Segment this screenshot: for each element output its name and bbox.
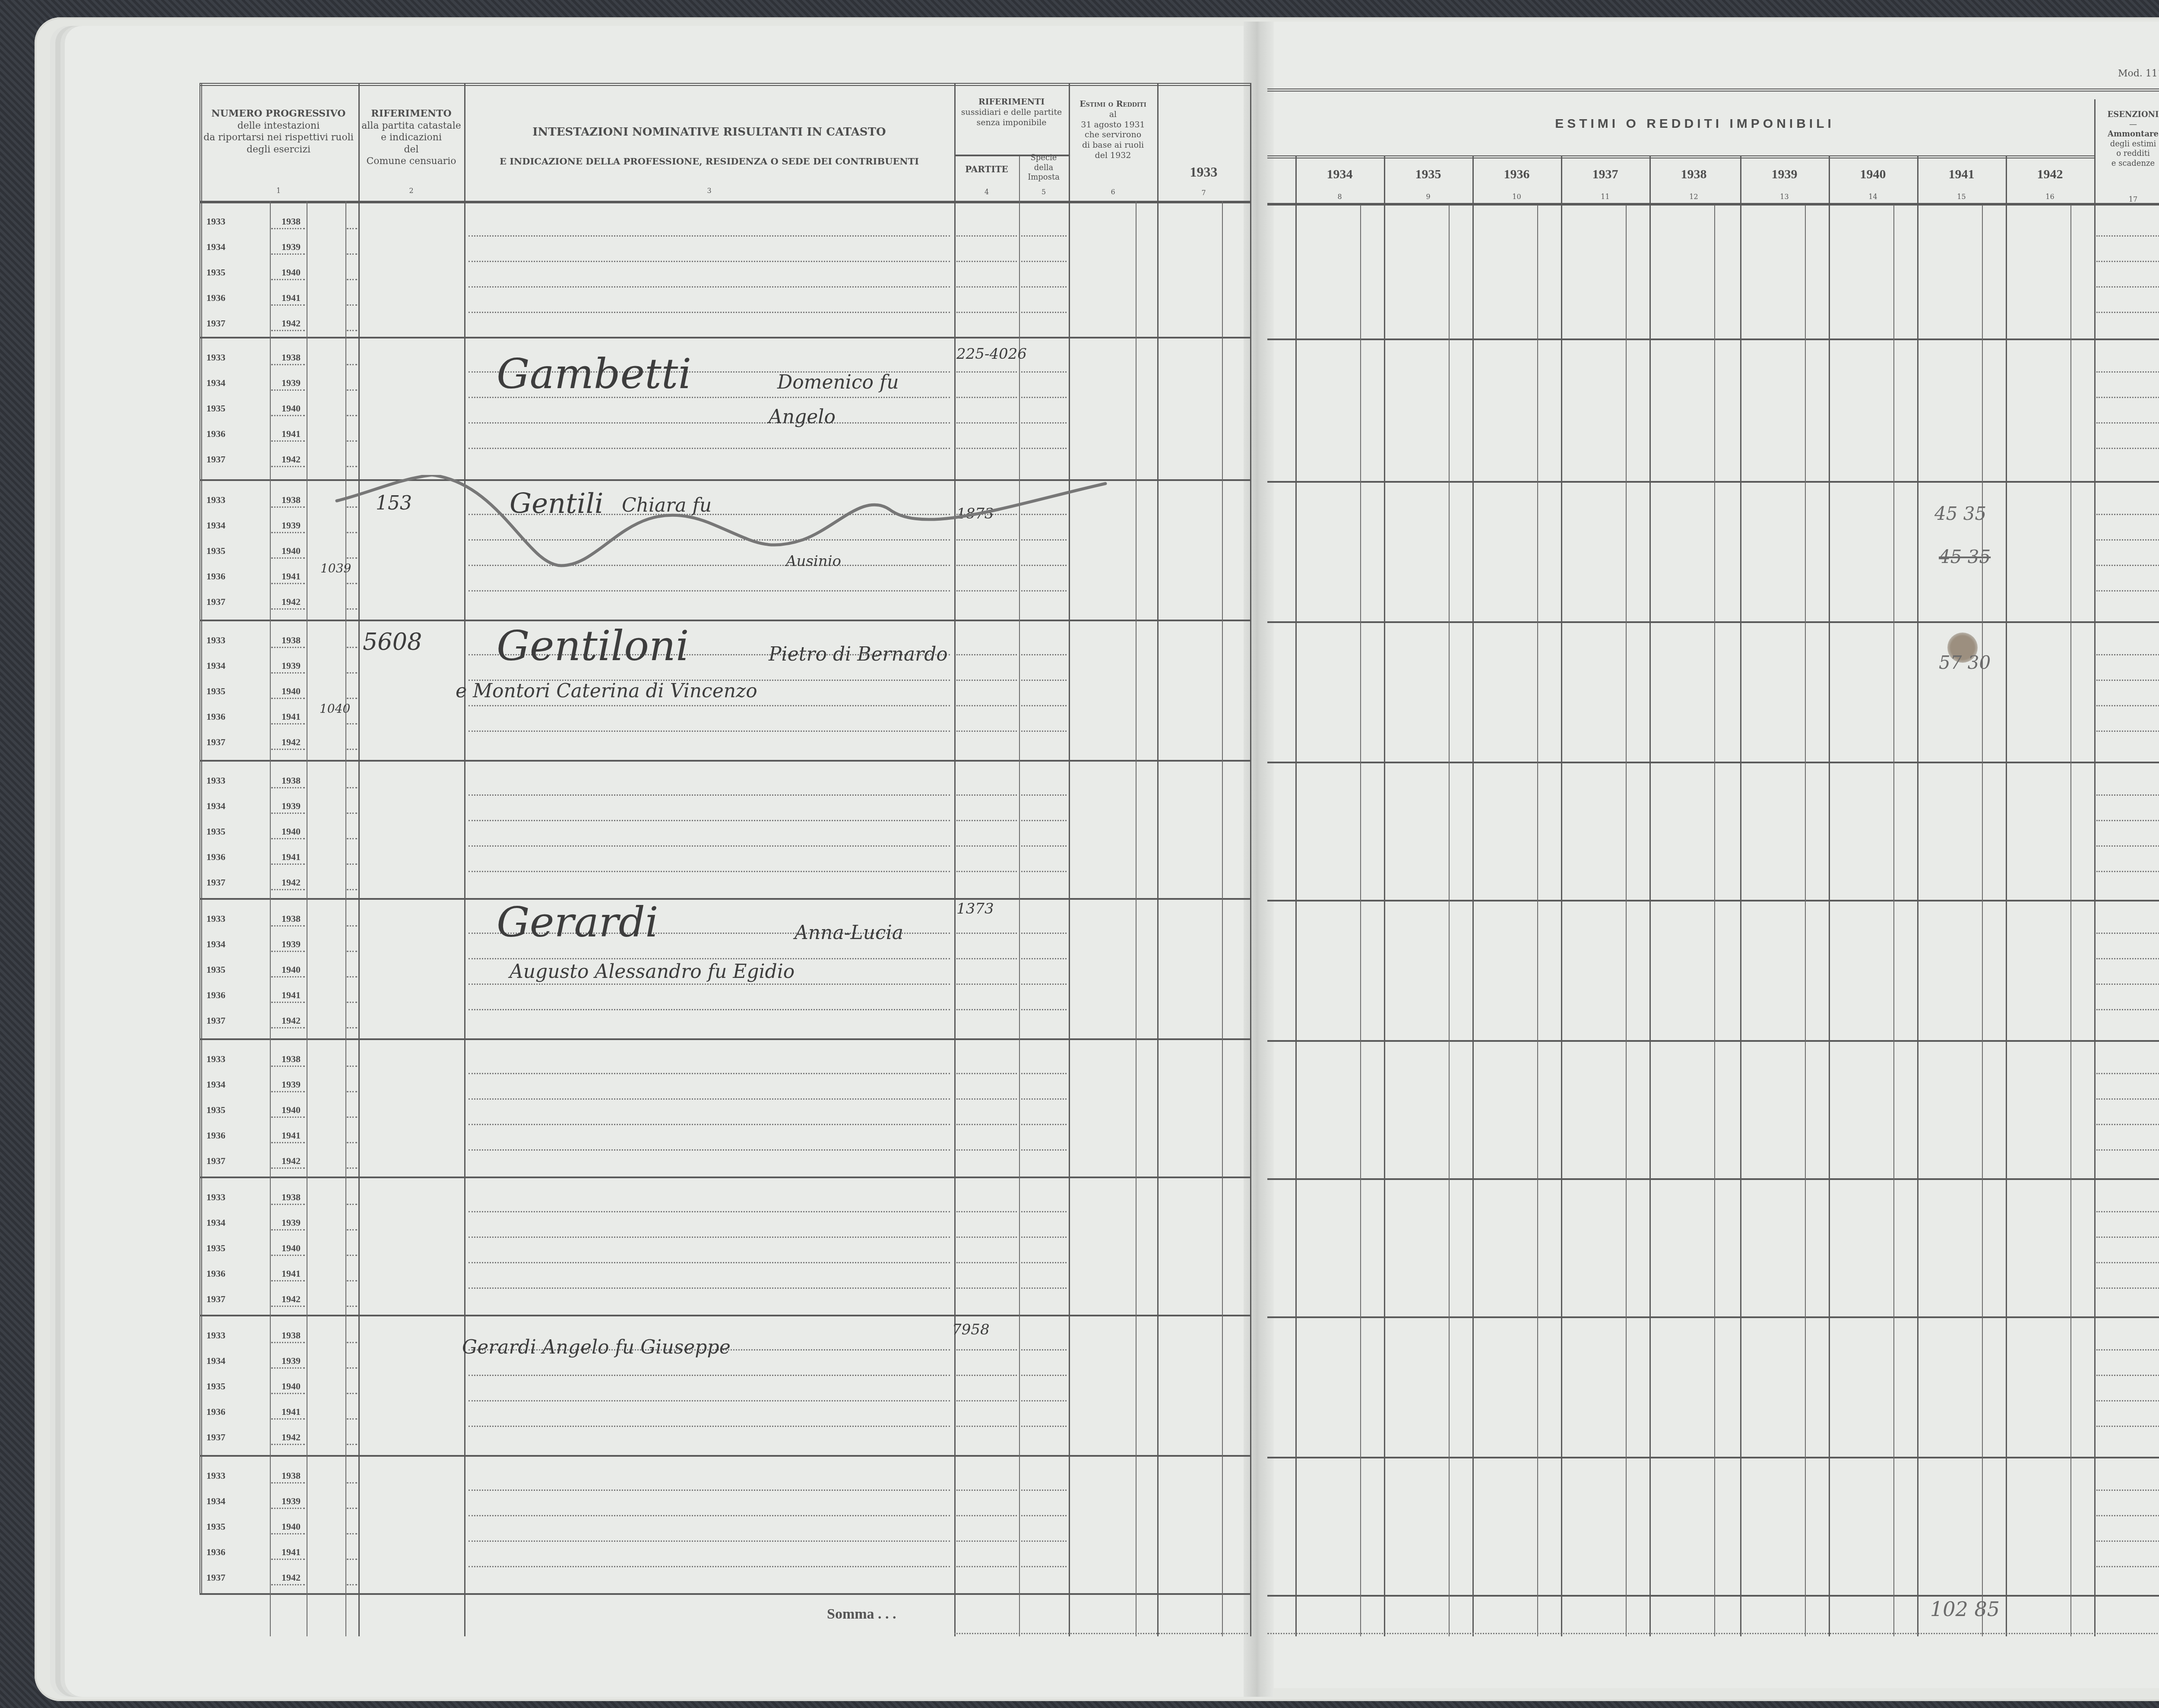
row-year-first: 1936 xyxy=(206,711,225,722)
row-year-second: 1940 xyxy=(282,1381,301,1392)
row-dots xyxy=(956,794,1017,796)
column-rule xyxy=(1250,83,1251,1636)
column-rule xyxy=(1917,155,1918,1636)
row-dots xyxy=(956,397,1017,398)
row-dots xyxy=(271,1142,305,1143)
table-top-border-right xyxy=(1267,89,2159,92)
row-dots xyxy=(1021,1566,1067,1567)
row-year-first: 1935 xyxy=(206,1521,225,1532)
header-year: 1940 xyxy=(1829,166,1917,183)
entry-details: Augusto Alessandro fu Egidio xyxy=(510,961,795,983)
header-year: 1935 xyxy=(1384,166,1472,183)
row-year-first: 1937 xyxy=(206,454,225,465)
header-line: al xyxy=(1069,110,1157,120)
header-esenzioni: ESENZIONI — Ammontare degli estimi o red… xyxy=(2094,110,2159,168)
row-year-second: 1940 xyxy=(282,826,301,837)
row-year-second: 1941 xyxy=(282,711,301,722)
form-model-note: Mod. 111 - Imposte Dirette (Intercalare)… xyxy=(2118,68,2159,79)
row-year-second: 1941 xyxy=(282,292,301,304)
row-dots xyxy=(956,1540,1017,1542)
row-dots xyxy=(347,838,357,839)
row-dots xyxy=(956,1375,1017,1376)
row-dots xyxy=(271,330,305,331)
row-year-second: 1942 xyxy=(282,454,301,465)
row-dots xyxy=(956,1400,1017,1401)
row-year-second: 1942 xyxy=(282,877,301,888)
header-line: di base ai ruoli xyxy=(1069,140,1157,151)
row-year-second: 1939 xyxy=(282,800,301,812)
row-dots xyxy=(469,261,950,262)
row-year-first: 1935 xyxy=(206,686,225,697)
row-dots xyxy=(347,330,357,331)
row-dots xyxy=(1021,312,1067,313)
column-number: 11 xyxy=(1561,193,1649,201)
row-dots xyxy=(1021,731,1067,732)
row-dots xyxy=(469,1237,950,1238)
row-dots xyxy=(347,1559,357,1560)
block-separator-left xyxy=(199,898,1251,900)
row-dots xyxy=(1021,422,1067,424)
row-dots xyxy=(271,1204,305,1205)
row-dots xyxy=(347,1167,357,1169)
row-dots xyxy=(347,415,357,416)
row-dots xyxy=(956,731,1017,732)
book-gutter xyxy=(1244,22,1274,1697)
row-dots xyxy=(271,1167,305,1169)
row-dots xyxy=(1021,845,1067,847)
row-dots xyxy=(1021,1426,1067,1427)
row-dots xyxy=(2096,1211,2159,1212)
entry-name-gerardi: Gerardi xyxy=(497,898,658,946)
row-dots xyxy=(1021,1515,1067,1516)
row-dots xyxy=(469,1149,950,1151)
header-numero-progressivo: NUMERO PROGRESSIVO delle intestazioni da… xyxy=(201,108,356,155)
cents-rule xyxy=(1982,205,1983,1636)
row-dots xyxy=(271,466,305,467)
row-dots xyxy=(2096,794,2159,796)
row-dots xyxy=(271,1559,305,1560)
row-year-first: 1936 xyxy=(206,292,225,304)
row-dots xyxy=(347,1508,357,1509)
row-dots xyxy=(2096,1566,2159,1567)
row-year-first: 1933 xyxy=(206,1053,225,1065)
row-dots xyxy=(956,984,1017,985)
block-separator-left xyxy=(199,620,1251,621)
row-year-first: 1933 xyxy=(206,494,225,506)
header-riferimento: RIFERIMENTO alla partita catastale e ind… xyxy=(358,108,464,168)
column-rule xyxy=(1472,155,1474,1636)
block-separator-left xyxy=(199,760,1251,762)
row-dots xyxy=(956,958,1017,959)
row-dots xyxy=(271,1002,305,1003)
entry-side-note: 1040 xyxy=(320,702,350,716)
row-dots xyxy=(2096,286,2159,288)
entry-partite: 7958 xyxy=(952,1321,990,1338)
row-year-second: 1938 xyxy=(282,635,301,646)
row-dots xyxy=(956,1426,1017,1427)
header-line: sussidiari e delle partite xyxy=(954,108,1069,118)
row-dots xyxy=(956,1287,1017,1289)
row-year-second: 1939 xyxy=(282,660,301,671)
header-line: o redditi xyxy=(2094,149,2159,159)
row-dots xyxy=(271,813,305,814)
row-dots xyxy=(271,1418,305,1420)
year-group-rule xyxy=(1267,155,2094,158)
row-year-second: 1942 xyxy=(282,1015,301,1026)
block-separator-right xyxy=(1267,1595,2159,1597)
cents-rule xyxy=(1537,205,1538,1636)
row-dots xyxy=(271,698,305,699)
cents-rule xyxy=(1449,205,1450,1636)
row-dots xyxy=(2096,397,2159,398)
row-dots xyxy=(347,364,357,365)
header-year: 1939 xyxy=(1740,166,1829,183)
entry-name-gambetti: Gambetti xyxy=(497,350,691,398)
row-dots xyxy=(1021,1287,1067,1289)
header-line: degli estimi xyxy=(2094,139,2159,149)
row-dots xyxy=(271,1306,305,1307)
row-dots xyxy=(1021,1237,1067,1238)
row-dots xyxy=(347,228,357,229)
column-number: 7 xyxy=(1157,189,1250,197)
entry-partite: 225-4026 xyxy=(956,345,1027,363)
row-dots xyxy=(2096,705,2159,706)
row-dots xyxy=(1021,680,1067,681)
row-dots xyxy=(2096,654,2159,655)
row-dots xyxy=(347,304,357,306)
row-year-second: 1938 xyxy=(282,1330,301,1341)
row-dots xyxy=(469,1515,950,1516)
row-dots xyxy=(2096,1149,2159,1151)
row-dots xyxy=(1021,1073,1067,1074)
column-rule xyxy=(1384,155,1385,1636)
row-year-first: 1937 xyxy=(206,596,225,607)
column-rule xyxy=(1019,155,1020,1636)
column-number: 5 xyxy=(1020,188,1067,196)
row-dots xyxy=(1021,1124,1067,1125)
header-year: 1934 xyxy=(1295,166,1384,183)
row-dots xyxy=(2096,1540,2159,1542)
row-dots xyxy=(347,951,357,952)
row-dots xyxy=(271,976,305,977)
row-dots xyxy=(1021,1009,1067,1010)
block-separator-right xyxy=(1267,621,2159,623)
row-year-second: 1940 xyxy=(282,267,301,278)
row-dots xyxy=(347,1444,357,1445)
entry-1941-value: 57 30 xyxy=(1939,652,1991,673)
header-line: Ammontare xyxy=(2094,130,2159,139)
row-dots xyxy=(956,1098,1017,1100)
row-dots xyxy=(2096,1009,2159,1010)
header-line: che servirono xyxy=(1069,130,1157,140)
column-number: 9 xyxy=(1384,193,1472,201)
row-year-second: 1940 xyxy=(282,1104,301,1116)
column-rule xyxy=(345,201,346,1636)
row-dots xyxy=(347,608,357,610)
row-dots xyxy=(271,723,305,724)
row-dots xyxy=(956,1009,1017,1010)
row-dots xyxy=(271,925,305,927)
row-year-second: 1938 xyxy=(282,494,301,506)
row-dots xyxy=(469,590,950,591)
row-dots xyxy=(469,235,950,237)
row-year-first: 1935 xyxy=(206,1381,225,1392)
row-year-second: 1941 xyxy=(282,990,301,1001)
header-partite: PARTITE xyxy=(954,164,1019,175)
row-dots xyxy=(956,261,1017,262)
row-dots xyxy=(2096,731,2159,732)
row-dots xyxy=(1021,1490,1067,1491)
row-dots xyxy=(1021,397,1067,398)
row-dots xyxy=(271,1342,305,1343)
row-dots xyxy=(956,1349,1017,1351)
row-year-second: 1939 xyxy=(282,939,301,950)
cents-rule xyxy=(1805,205,1806,1636)
row-year-second: 1939 xyxy=(282,241,301,253)
row-dots xyxy=(1021,820,1067,821)
header-line: e indicazioni xyxy=(358,132,464,144)
row-year-second: 1941 xyxy=(282,851,301,863)
header-bottom-left xyxy=(199,201,1251,203)
row-dots xyxy=(347,389,357,391)
row-dots xyxy=(469,1211,950,1212)
row-dots xyxy=(469,794,950,796)
row-year-second: 1938 xyxy=(282,352,301,363)
row-dots xyxy=(271,1508,305,1509)
row-dots xyxy=(2096,1490,2159,1491)
row-dots xyxy=(956,680,1017,681)
row-dots xyxy=(469,1400,950,1401)
header-line: da riportarsi nei rispettivi ruoli xyxy=(201,132,356,144)
header-title: INTESTAZIONI NOMINATIVE RISULTANTI IN CA… xyxy=(464,125,954,139)
row-dots xyxy=(956,448,1017,449)
row-year-first: 1933 xyxy=(206,1192,225,1203)
row-year-first: 1933 xyxy=(206,1470,225,1481)
row-dots xyxy=(347,647,357,648)
row-dots xyxy=(2096,1237,2159,1238)
header-line: e scadenze xyxy=(2094,159,2159,169)
header-line: del 1932 xyxy=(1069,151,1157,161)
row-dots xyxy=(469,1375,950,1376)
row-dots xyxy=(271,506,305,508)
block-separator-left xyxy=(199,1038,1251,1040)
row-year-first: 1937 xyxy=(206,1572,225,1583)
row-dots xyxy=(271,1280,305,1281)
column-number: 2 xyxy=(358,187,464,195)
cents-rule xyxy=(1893,205,1894,1636)
row-dots xyxy=(469,1287,950,1289)
row-dots xyxy=(2096,1124,2159,1125)
row-dots xyxy=(956,820,1017,821)
row-dots xyxy=(1021,1375,1067,1376)
row-dots xyxy=(469,871,950,872)
row-dots xyxy=(2096,539,2159,541)
column-number: 13 xyxy=(1740,193,1829,201)
header-title: RIFERIMENTO xyxy=(358,108,464,120)
row-dots xyxy=(956,1211,1017,1212)
row-dots xyxy=(1021,286,1067,288)
row-dots xyxy=(1021,1262,1067,1263)
row-year-first: 1933 xyxy=(206,913,225,924)
column-rule xyxy=(954,83,956,1636)
row-year-first: 1933 xyxy=(206,1330,225,1341)
row-year-first: 1937 xyxy=(206,737,225,748)
row-dots xyxy=(1021,371,1067,373)
row-dots xyxy=(1021,1349,1067,1351)
row-dots xyxy=(2096,312,2159,313)
column-rule xyxy=(464,83,465,1636)
row-dots xyxy=(347,1091,357,1092)
row-year-first: 1933 xyxy=(206,775,225,786)
row-dots xyxy=(956,312,1017,313)
row-dots xyxy=(469,1009,950,1010)
row-dots xyxy=(347,440,357,442)
row-dots xyxy=(347,1533,357,1534)
row-year-second: 1941 xyxy=(282,1406,301,1417)
row-dots xyxy=(956,1073,1017,1074)
row-year-second: 1942 xyxy=(282,596,301,607)
row-dots xyxy=(2096,371,2159,373)
header-title: Estimi o Redditi xyxy=(1069,99,1157,110)
column-rule xyxy=(2006,155,2007,1636)
column-rule xyxy=(1136,201,1136,1636)
row-dots xyxy=(956,1515,1017,1516)
row-dots xyxy=(469,1566,950,1567)
cents-rule xyxy=(1626,205,1627,1636)
row-dots xyxy=(956,1490,1017,1491)
row-year-second: 1938 xyxy=(282,775,301,786)
column-rule xyxy=(1222,201,1223,1636)
row-dots xyxy=(469,1262,950,1263)
row-dots xyxy=(347,1117,357,1118)
block-separator-left xyxy=(199,337,1251,338)
row-year-first: 1936 xyxy=(206,1130,225,1141)
row-dots xyxy=(271,672,305,674)
column-number: 16 xyxy=(2006,193,2094,201)
row-dots xyxy=(2096,984,2159,985)
row-year-second: 1941 xyxy=(282,1547,301,1558)
row-year-first: 1935 xyxy=(206,403,225,414)
row-dots xyxy=(347,813,357,814)
row-year-first: 1937 xyxy=(206,1015,225,1026)
row-dots xyxy=(1021,448,1067,449)
row-year-first: 1935 xyxy=(206,1104,225,1116)
header-year-1933: 1933 xyxy=(1157,163,1250,180)
block-separator-right xyxy=(1267,1457,2159,1458)
row-dots xyxy=(271,787,305,788)
row-dots xyxy=(2096,590,2159,591)
column-rule xyxy=(307,201,307,1636)
row-dots xyxy=(469,448,950,449)
row-year-second: 1942 xyxy=(282,1294,301,1305)
row-dots xyxy=(956,845,1017,847)
header-year: 1938 xyxy=(1649,166,1738,183)
row-dots xyxy=(347,1306,357,1307)
row-year-second: 1940 xyxy=(282,545,301,557)
row-dots xyxy=(347,1342,357,1343)
row-dots xyxy=(1021,705,1067,706)
row-dots xyxy=(271,1091,305,1092)
row-year-second: 1939 xyxy=(282,1217,301,1228)
row-year-second: 1938 xyxy=(282,913,301,924)
row-dots xyxy=(271,415,305,416)
header-riferimenti-sussidiari: RIFERIMENTI sussidiari e delle partite s… xyxy=(954,97,1069,128)
block-separator-left xyxy=(199,1315,1251,1316)
entry-details: Domenico fu xyxy=(777,371,899,393)
header-subtitle: E INDICAZIONE DELLA PROFESSIONE, RESIDEN… xyxy=(464,156,954,167)
block-separator-right xyxy=(1267,762,2159,763)
row-dots xyxy=(271,1393,305,1394)
row-dots xyxy=(956,705,1017,706)
row-dots xyxy=(271,1229,305,1230)
row-dots xyxy=(347,976,357,977)
row-year-first: 1935 xyxy=(206,826,225,837)
header-specie-imposta: Specie della Imposta xyxy=(1020,153,1067,183)
row-year-first: 1937 xyxy=(206,1155,225,1167)
cents-rule xyxy=(1360,205,1361,1636)
row-dots xyxy=(271,647,305,648)
column-rule xyxy=(2094,99,2096,1636)
row-dots xyxy=(271,1482,305,1483)
entry-name-gerardi-angelo: Gerardi Angelo fu Giuseppe xyxy=(462,1336,731,1358)
column-number: 12 xyxy=(1649,193,1738,201)
column-number: 3 xyxy=(464,187,954,195)
row-year-second: 1940 xyxy=(282,964,301,975)
row-dots xyxy=(347,1482,357,1483)
row-dots xyxy=(271,440,305,442)
row-dots xyxy=(2096,933,2159,934)
right-page xyxy=(1265,22,2159,1688)
somma-label: Somma . . . xyxy=(827,1606,896,1623)
row-dots xyxy=(347,698,357,699)
block-separator-left xyxy=(199,1593,1251,1595)
row-year-first: 1934 xyxy=(206,660,225,671)
row-year-second: 1939 xyxy=(282,1355,301,1366)
row-dots xyxy=(347,279,357,280)
row-dots xyxy=(271,951,305,952)
somma-dots xyxy=(954,1633,1248,1634)
row-dots xyxy=(2096,448,2159,449)
row-year-first: 1936 xyxy=(206,428,225,440)
row-dots xyxy=(347,787,357,788)
row-dots xyxy=(1021,235,1067,237)
row-dots xyxy=(956,871,1017,872)
cents-rule xyxy=(2070,205,2071,1636)
row-dots xyxy=(2096,871,2159,872)
row-year-second: 1941 xyxy=(282,1130,301,1141)
row-dots xyxy=(1021,1400,1067,1401)
header-intestazioni: INTESTAZIONI NOMINATIVE RISULTANTI IN CA… xyxy=(464,125,954,167)
row-dots xyxy=(956,1262,1017,1263)
row-dots xyxy=(347,889,357,890)
row-dots xyxy=(956,371,1017,373)
block-separator-left xyxy=(199,1177,1251,1178)
row-dots xyxy=(956,933,1017,934)
row-year-second: 1939 xyxy=(282,1496,301,1507)
row-dots xyxy=(271,389,305,391)
row-year-first: 1934 xyxy=(206,377,225,389)
column-rule xyxy=(1829,155,1830,1636)
header-line: del xyxy=(358,144,464,156)
header-year: 1936 xyxy=(1472,166,1561,183)
column-number: 10 xyxy=(1472,193,1561,201)
row-dots xyxy=(271,304,305,306)
block-separator-right xyxy=(1267,338,2159,340)
row-dots xyxy=(956,1124,1017,1125)
entry-details: Angelo xyxy=(769,406,836,428)
column-number: 14 xyxy=(1829,193,1917,201)
row-dots xyxy=(347,925,357,927)
